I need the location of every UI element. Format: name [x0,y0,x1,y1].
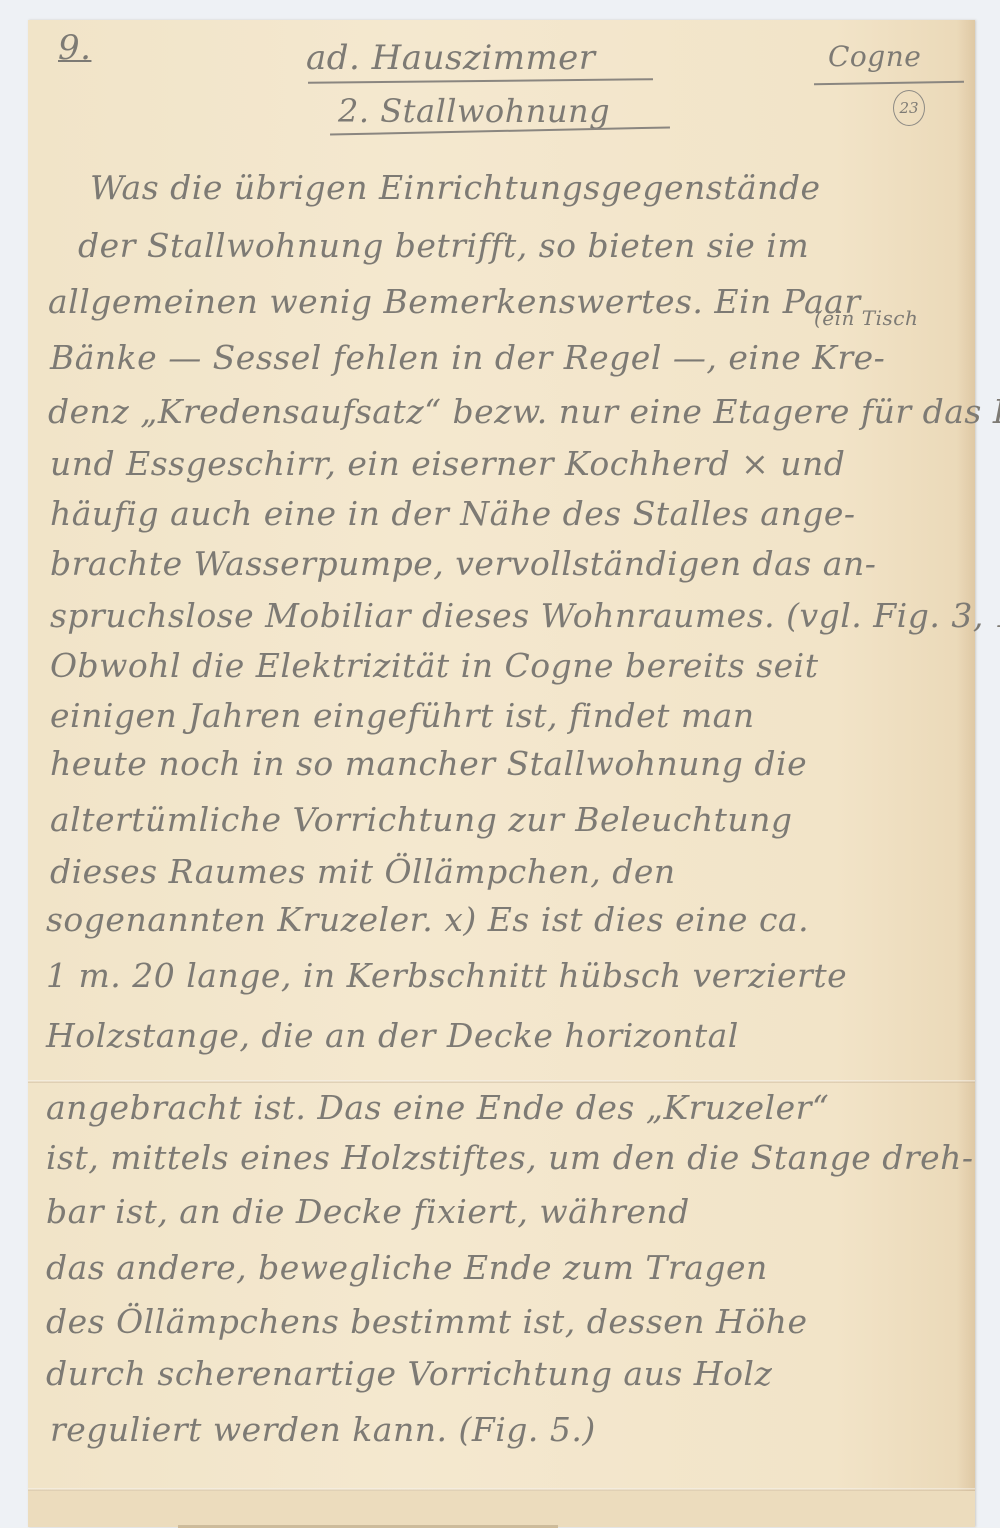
body-line: sogenannten Kruzeler. x) Es ist dies ein… [46,900,809,939]
body-line: Bänke — Sessel fehlen in der Regel —, ei… [50,338,885,377]
body-line: Holzstange, die an der Decke horizontal [46,1016,739,1055]
page-title: ad. Hauszimmer [306,38,596,78]
body-line: denz „Kredensaufsatz“ bezw. nur eine Eta… [48,392,1000,431]
location-label: Cogne [828,40,921,73]
paper-edge-shadow [957,20,975,1527]
body-line: das andere, bewegliche Ende zum Tragen [46,1248,768,1287]
body-line: brachte Wasserpumpe, vervollständigen da… [50,544,876,583]
body-line: ist, mittels eines Holzstiftes, um den d… [46,1138,974,1177]
body-line: altertümliche Vorrichtung zur Beleuchtun… [50,800,793,839]
folded-lower-panel [28,1491,975,1527]
body-line: durch scherenartige Vorrichtung aus Holz [46,1354,772,1393]
body-line: dieses Raumes mit Öllämpchen, den [50,852,676,891]
body-line: und Essgeschirr, ein eiserner Kochherd ×… [50,444,845,483]
body-line: bar ist, an die Decke fixiert, während [46,1192,690,1231]
section-subtitle: 2. Stallwohnung [338,92,610,130]
body-line: häufig auch eine in der Nähe des Stalles… [50,494,856,533]
interlinear-note: (ein Tisch [814,306,918,330]
body-line: 1 m. 20 lange, in Kerbschnitt hübsch ver… [46,956,847,995]
body-line: reguliert werden kann. (Fig. 5.) [50,1410,596,1449]
body-line: allgemeinen wenig Bemerkenswertes. Ein P… [48,282,861,321]
body-line: spruchslose Mobiliar dieses Wohnraumes. … [50,596,1000,635]
location-underline [814,81,964,86]
archive-number-circle: 23 [893,90,925,126]
body-line: heute noch in so mancher Stallwohnung di… [50,744,807,783]
body-line: angebracht ist. Das eine Ende des „Kruze… [46,1088,829,1127]
title-underline [308,78,653,84]
body-line: des Öllämpchens bestimmt ist, dessen Höh… [46,1302,807,1341]
paper-fold [28,1080,975,1083]
body-line: einigen Jahren eingeführt ist, findet ma… [50,696,755,735]
body-line: Was die übrigen Einrichtungsgegenstände [90,168,821,207]
manuscript-page: 9. ad. Hauszimmer 2. Stallwohnung Cogne … [28,20,975,1527]
body-line: der Stallwohnung betrifft, so bieten sie… [78,226,809,265]
body-line: Obwohl die Elektrizität in Cogne bereits… [50,646,818,685]
page-number: 9. [58,28,91,68]
